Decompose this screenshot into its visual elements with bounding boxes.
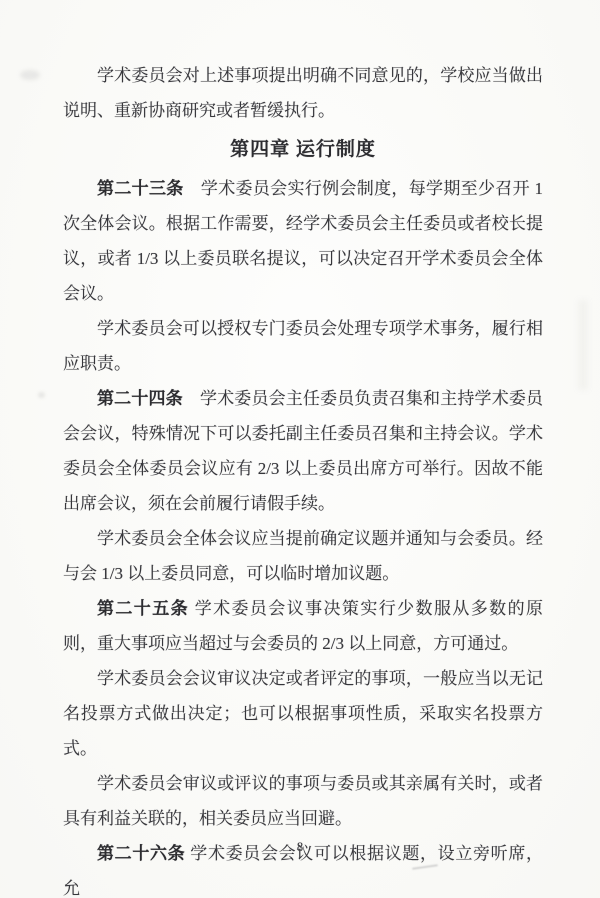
scan-artifact (20, 70, 40, 80)
paragraph: 第二十四条 学术委员会主任委员负责召集和主持学术委员会会议，特殊情况下可以委托副… (63, 381, 543, 521)
article-number: 第二十四条 (97, 389, 183, 408)
paragraph-text: 学术委员会会议审议决定或者评定的事项，一般应当以无记名投票方式做出决定；也可以根… (63, 669, 543, 758)
paragraph-text: 学术委员会对上述事项提出明确不同意见的，学校应当做出说明、重新协商研究或者暂缓执… (63, 66, 543, 120)
paragraph-text: 学术委员会可以授权专门委员会处理专项学术事务，履行相应职责。 (63, 319, 543, 373)
paragraph: 学术委员会会议审议决定或者评定的事项，一般应当以无记名投票方式做出决定；也可以根… (63, 661, 543, 766)
article-number: 第二十五条 (97, 599, 189, 618)
paragraph: 第二十三条 学术委员会实行例会制度，每学期至少召开 1 次全体会议。根据工作需要… (63, 171, 543, 311)
paragraph-text: 学术委员会审议或评议的事项与委员或其亲属有关时，或者具有利益关联的，相关委员应当… (63, 774, 543, 828)
paragraph: 第二十五条 学术委员会议事决策实行少数服从多数的原则，重大事项应当超过与会委员的… (63, 591, 543, 661)
chapter-heading: 第四章 运行制度 (63, 132, 543, 167)
scan-artifact (38, 392, 45, 398)
paragraph: 学术委员会对上述事项提出明确不同意见的，学校应当做出说明、重新协商研究或者暂缓执… (63, 58, 543, 128)
paragraph: 学术委员会全体会议应当提前确定议题并通知与会委员。经与会 1/3 以上委员同意，… (63, 521, 543, 591)
scan-artifact (578, 300, 588, 390)
paragraph: 学术委员会可以授权专门委员会处理专项学术事务，履行相应职责。 (63, 311, 543, 381)
paragraph-text: 学术委员会全体会议应当提前确定议题并通知与会委员。经与会 1/3 以上委员同意，… (63, 529, 543, 583)
paragraph: 学术委员会审议或评议的事项与委员或其亲属有关时，或者具有利益关联的，相关委员应当… (63, 766, 543, 836)
page-content: 学术委员会对上述事项提出明确不同意见的，学校应当做出说明、重新协商研究或者暂缓执… (63, 58, 543, 898)
page-number: 8 (0, 840, 600, 855)
document-page: { "document": { "heading": "第四章 运行制度", "… (0, 0, 600, 898)
article-number: 第二十三条 (97, 179, 184, 198)
